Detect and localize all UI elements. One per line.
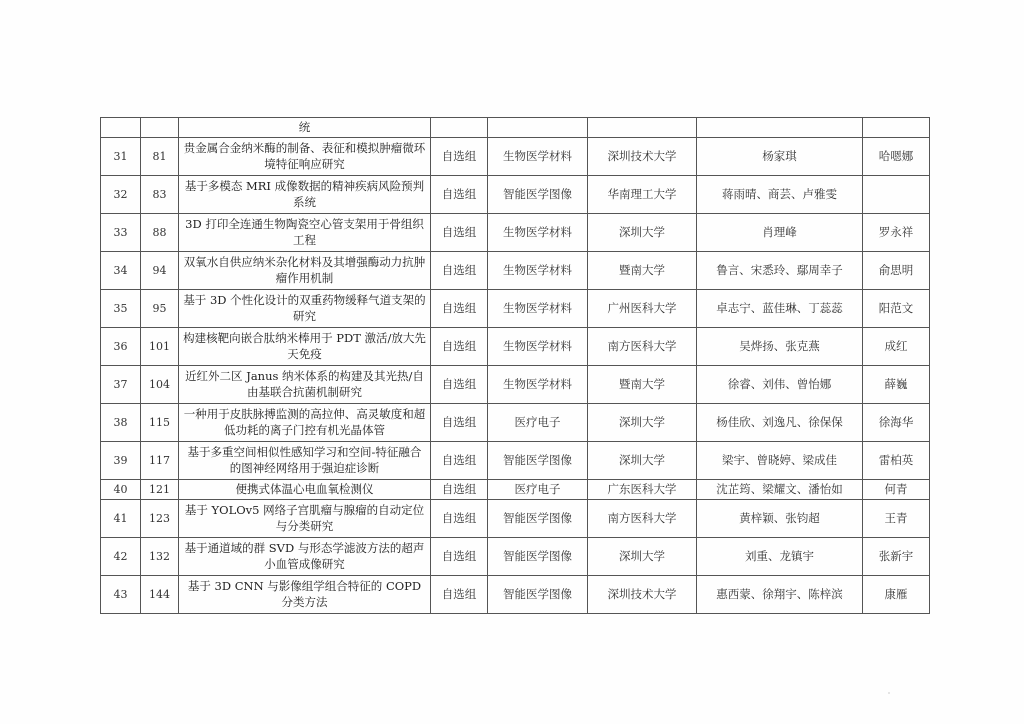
code-cell: 104 xyxy=(141,366,179,404)
members-cell: 刘重、龙镇宇 xyxy=(697,538,863,576)
table-row: 3283基于多模态 MRI 成像数据的精神疾病风险预判系统自选组智能医学图像华南… xyxy=(101,176,930,214)
group-cell: 自选组 xyxy=(431,176,488,214)
members-cell: 杨佳欣、刘逸凡、徐保保 xyxy=(697,404,863,442)
school-cell: 广州医科大学 xyxy=(588,290,697,328)
title-cell: 基于多模态 MRI 成像数据的精神疾病风险预判系统 xyxy=(179,176,431,214)
continuation-row: 统 xyxy=(101,118,930,138)
track-cell: 生物医学材料 xyxy=(488,214,588,252)
group-cell: 自选组 xyxy=(431,366,488,404)
members-cell: 沈芷筠、梁耀文、潘怡如 xyxy=(697,480,863,500)
index-cell: 43 xyxy=(101,576,141,614)
track-cell: 智能医学图像 xyxy=(488,576,588,614)
group-cell: 自选组 xyxy=(431,252,488,290)
code-cell: 95 xyxy=(141,290,179,328)
group-cell: 自选组 xyxy=(431,138,488,176)
advisor-cell: 罗永祥 xyxy=(863,214,930,252)
members-cell: 惠西蒙、徐翔宇、陈梓滨 xyxy=(697,576,863,614)
track-cell: 生物医学材料 xyxy=(488,328,588,366)
members-cell: 梁宇、曾晓婷、梁成佳 xyxy=(697,442,863,480)
advisor-cell: 何青 xyxy=(863,480,930,500)
code-cell: 121 xyxy=(141,480,179,500)
track-cell: 智能医学图像 xyxy=(488,500,588,538)
table-row: 36101构建核靶向嵌合肽纳米棒用于 PDT 激活/放大先天免疫自选组生物医学材… xyxy=(101,328,930,366)
members-cell: 徐睿、刘伟、曾怡娜 xyxy=(697,366,863,404)
title-cell: 贵金属合金纳米酶的制备、表征和模拟肿瘤微环境特征响应研究 xyxy=(179,138,431,176)
track-cell: 智能医学图像 xyxy=(488,176,588,214)
advisor-cell: 阳范文 xyxy=(863,290,930,328)
index-cell: 33 xyxy=(101,214,141,252)
track-cell: 智能医学图像 xyxy=(488,538,588,576)
school-cell: 暨南大学 xyxy=(588,252,697,290)
table-row: 40121便携式体温心电血氧检测仪自选组医疗电子广东医科大学沈芷筠、梁耀文、潘怡… xyxy=(101,480,930,500)
members-cell: 杨家琪 xyxy=(697,138,863,176)
table-row: 39117基于多重空间相似性感知学习和空间-特征融合的图神经网络用于强迫症诊断自… xyxy=(101,442,930,480)
school-cell: 南方医科大学 xyxy=(588,500,697,538)
code-cell xyxy=(141,118,179,138)
title-cell: 双氧水自供应纳米杂化材料及其增强酶动力抗肿瘤作用机制 xyxy=(179,252,431,290)
code-cell: 83 xyxy=(141,176,179,214)
table-row: 43144基于 3D CNN 与影像组学组合特征的 COPD 分类方法自选组智能… xyxy=(101,576,930,614)
members-cell: 鲁言、宋悉玲、鄢周幸子 xyxy=(697,252,863,290)
code-cell: 144 xyxy=(141,576,179,614)
school-cell: 深圳大学 xyxy=(588,442,697,480)
code-cell: 123 xyxy=(141,500,179,538)
index-cell: 31 xyxy=(101,138,141,176)
track-cell xyxy=(488,118,588,138)
school-cell: 深圳大学 xyxy=(588,404,697,442)
group-cell: 自选组 xyxy=(431,500,488,538)
table-row: 3494双氧水自供应纳米杂化材料及其增强酶动力抗肿瘤作用机制自选组生物医学材料暨… xyxy=(101,252,930,290)
track-cell: 生物医学材料 xyxy=(488,138,588,176)
school-cell: 广东医科大学 xyxy=(588,480,697,500)
advisor-cell: 俞思明 xyxy=(863,252,930,290)
members-cell: 肖理峰 xyxy=(697,214,863,252)
school-cell: 深圳大学 xyxy=(588,214,697,252)
index-cell: 40 xyxy=(101,480,141,500)
code-cell: 115 xyxy=(141,404,179,442)
code-cell: 88 xyxy=(141,214,179,252)
title-cell: 3D 打印全连通生物陶瓷空心管支架用于骨组织工程 xyxy=(179,214,431,252)
advisor-cell: 哈嗯娜 xyxy=(863,138,930,176)
group-cell: 自选组 xyxy=(431,328,488,366)
title-cell: 便携式体温心电血氧检测仪 xyxy=(179,480,431,500)
school-cell: 华南理工大学 xyxy=(588,176,697,214)
members-cell: 吴烨扬、张克燕 xyxy=(697,328,863,366)
table-row: 3181贵金属合金纳米酶的制备、表征和模拟肿瘤微环境特征响应研究自选组生物医学材… xyxy=(101,138,930,176)
track-cell: 智能医学图像 xyxy=(488,442,588,480)
advisor-cell: 徐海华 xyxy=(863,404,930,442)
title-cell: 构建核靶向嵌合肽纳米棒用于 PDT 激活/放大先天免疫 xyxy=(179,328,431,366)
members-cell xyxy=(697,118,863,138)
advisor-cell: 雷柏英 xyxy=(863,442,930,480)
advisor-cell: 王青 xyxy=(863,500,930,538)
title-cell: 基于多重空间相似性感知学习和空间-特征融合的图神经网络用于强迫症诊断 xyxy=(179,442,431,480)
table-row: 37104近红外二区 Janus 纳米体系的构建及其光热/自由基联合抗菌机制研究… xyxy=(101,366,930,404)
track-cell: 医疗电子 xyxy=(488,480,588,500)
members-cell: 蒋雨晴、商芸、卢雅雯 xyxy=(697,176,863,214)
table-row: 33883D 打印全连通生物陶瓷空心管支架用于骨组织工程自选组生物医学材料深圳大… xyxy=(101,214,930,252)
group-cell: 自选组 xyxy=(431,442,488,480)
members-cell: 黄梓颖、张钧超 xyxy=(697,500,863,538)
advisor-cell: 薛巍 xyxy=(863,366,930,404)
advisor-cell: 康雁 xyxy=(863,576,930,614)
index-cell: 35 xyxy=(101,290,141,328)
index-cell: 37 xyxy=(101,366,141,404)
code-cell: 101 xyxy=(141,328,179,366)
advisor-cell xyxy=(863,176,930,214)
table-row: 42132基于通道域的群 SVD 与形态学滤波方法的超声小血管成像研究自选组智能… xyxy=(101,538,930,576)
title-cell: 近红外二区 Janus 纳米体系的构建及其光热/自由基联合抗菌机制研究 xyxy=(179,366,431,404)
code-cell: 81 xyxy=(141,138,179,176)
table-body: 统 3181贵金属合金纳米酶的制备、表征和模拟肿瘤微环境特征响应研究自选组生物医… xyxy=(101,118,930,614)
project-list-table: 统 3181贵金属合金纳米酶的制备、表征和模拟肿瘤微环境特征响应研究自选组生物医… xyxy=(100,117,930,614)
index-cell: 41 xyxy=(101,500,141,538)
group-cell: 自选组 xyxy=(431,538,488,576)
scanned-document-page: 统 3181贵金属合金纳米酶的制备、表征和模拟肿瘤微环境特征响应研究自选组生物医… xyxy=(0,0,1024,724)
advisor-cell xyxy=(863,118,930,138)
school-cell: 南方医科大学 xyxy=(588,328,697,366)
title-cell: 基于 YOLOv5 网络子宫肌瘤与腺瘤的自动定位与分类研究 xyxy=(179,500,431,538)
index-cell: 36 xyxy=(101,328,141,366)
group-cell: 自选组 xyxy=(431,576,488,614)
group-cell: 自选组 xyxy=(431,480,488,500)
school-cell: 深圳大学 xyxy=(588,538,697,576)
title-cell: 基于通道域的群 SVD 与形态学滤波方法的超声小血管成像研究 xyxy=(179,538,431,576)
group-cell: 自选组 xyxy=(431,290,488,328)
table-row: 38115一种用于皮肤脉搏监测的高拉伸、高灵敏度和超低功耗的离子门控有机光晶体管… xyxy=(101,404,930,442)
track-cell: 生物医学材料 xyxy=(488,252,588,290)
title-cell: 基于 3D CNN 与影像组学组合特征的 COPD 分类方法 xyxy=(179,576,431,614)
index-cell: 42 xyxy=(101,538,141,576)
members-cell: 卓志宁、蓝佳琳、丁蕊蕊 xyxy=(697,290,863,328)
scan-artifact xyxy=(888,692,890,694)
table-row: 3595基于 3D 个性化设计的双重药物缓释气道支架的研究自选组生物医学材料广州… xyxy=(101,290,930,328)
index-cell: 32 xyxy=(101,176,141,214)
advisor-cell: 张新宇 xyxy=(863,538,930,576)
school-cell: 深圳技术大学 xyxy=(588,576,697,614)
track-cell: 医疗电子 xyxy=(488,404,588,442)
school-cell xyxy=(588,118,697,138)
title-cell: 基于 3D 个性化设计的双重药物缓释气道支架的研究 xyxy=(179,290,431,328)
title-cell: 一种用于皮肤脉搏监测的高拉伸、高灵敏度和超低功耗的离子门控有机光晶体管 xyxy=(179,404,431,442)
code-cell: 94 xyxy=(141,252,179,290)
index-cell xyxy=(101,118,141,138)
school-cell: 深圳技术大学 xyxy=(588,138,697,176)
index-cell: 39 xyxy=(101,442,141,480)
code-cell: 132 xyxy=(141,538,179,576)
title-cell: 统 xyxy=(179,118,431,138)
table-row: 41123基于 YOLOv5 网络子宫肌瘤与腺瘤的自动定位与分类研究自选组智能医… xyxy=(101,500,930,538)
group-cell: 自选组 xyxy=(431,214,488,252)
index-cell: 34 xyxy=(101,252,141,290)
group-cell: 自选组 xyxy=(431,404,488,442)
index-cell: 38 xyxy=(101,404,141,442)
track-cell: 生物医学材料 xyxy=(488,290,588,328)
school-cell: 暨南大学 xyxy=(588,366,697,404)
advisor-cell: 成红 xyxy=(863,328,930,366)
code-cell: 117 xyxy=(141,442,179,480)
group-cell xyxy=(431,118,488,138)
track-cell: 生物医学材料 xyxy=(488,366,588,404)
